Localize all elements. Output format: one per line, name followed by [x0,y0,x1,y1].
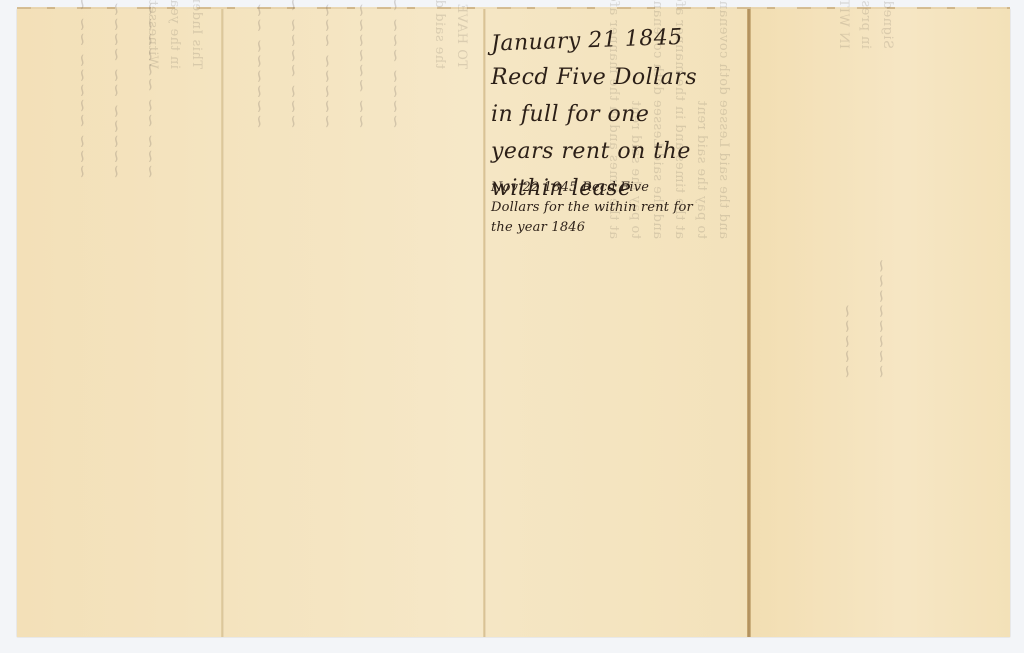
bleed-line: Signed, sealed and delivered [880,0,895,49]
bleed-through-signature: ~~~~~~~~~~~~~ [830,258,898,379]
bleed-line: IN WITNESS WHEREOF, the parties have her… [836,0,851,49]
receipt-date: January 21 1845 [490,18,697,62]
bleed-through-handwriting: ~~~~ ~~~ ~~~~~ ~~ ~~~~~~~ ~~~~~~ ~~~ ~~~… [242,0,412,129]
panel-2: TO HAVE AND TO HOLD the said demised pre… [222,9,484,637]
bleed-through-text: Signed, sealed and delivered in presence… [832,0,898,49]
bleed-line: This Indenture, made the [189,0,204,69]
receipt-line: Dollars for the within rent for [491,198,693,218]
fold-line [221,9,224,637]
bleed-line: in presence of [858,0,873,49]
bleed-line: in the year of our Lord one thousand eig… [167,0,182,69]
receipt-line: Recd Five Dollars [491,59,697,96]
fold-line [747,9,751,637]
receipt-date: Nov 22 1845 Recd Five [491,178,693,198]
receipt-line: in full for one [491,96,697,133]
bleed-through-handwriting: ~~~ ~~ ~~~~~~ ~~~ ~~~~~~~~~ ~~ ~~~~ ~~~~… [65,0,167,179]
receipt-line: years rent on the [491,133,697,170]
bleed-through-text: TO HAVE AND TO HOLD the said demised pre… [428,0,472,69]
panel-4: Signed, sealed and delivered in presence… [748,9,1010,637]
receipt-line: the year 1846 [491,218,693,238]
panel-1: This Indenture, made the in the year of … [17,9,222,637]
fold-line [483,9,486,637]
handwritten-receipt-2: Nov 22 1845 Recd Five Dollars for the wi… [491,178,693,238]
bleed-line: TO HAVE AND TO HOLD [454,0,469,69]
bleed-line: the said demised premises [432,0,447,69]
bleed-line: and the said Lessee doth covenant and ag… [716,0,731,239]
